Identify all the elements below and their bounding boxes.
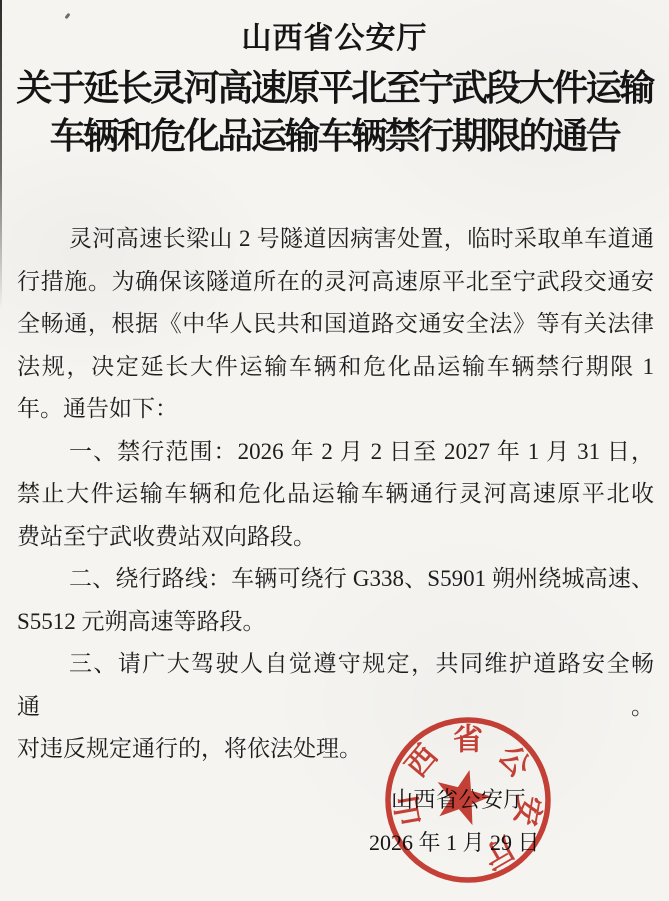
body-line: 全畅通，根据《中华人民共和国道路交通安全法》等有关法律 [17, 303, 654, 346]
agency-name: 山西省公安厅 [0, 22, 669, 56]
body-line: 年。通告如下： [17, 388, 654, 431]
body-line: 禁止大件运输车辆和危化品运输车辆通行灵河高速原平北收 [17, 473, 654, 516]
notice-body: 灵河高速长梁山 2 号隧道因病害处置，临时采取单车道通 行措施。为确保该隧道所在… [17, 218, 654, 771]
notice-title-line-1: 关于延长灵河高速原平北至宁武段大件运输 [0, 64, 669, 112]
seal-character: 山 [390, 793, 428, 828]
seal-star-icon [429, 763, 496, 828]
seal-character: 省 [453, 724, 483, 757]
body-line: 行措施。为确保该隧道所在的灵河高速原平北至宁武段交通安 [17, 261, 654, 304]
body-line-section-1: 一、禁行范围：2026 年 2 月 2 日至 2027 年 1 月 31 日， [17, 431, 654, 474]
body-line: 法规，决定延长大件运输车辆和危化品运输车辆禁行期限 1 [17, 346, 654, 389]
body-line: S5512 元朔高速等路段。 [17, 601, 654, 644]
body-line-section-2: 二、绕行路线：车辆可绕行 G338、S5901 朔州绕城高速、 [17, 558, 654, 601]
seal-character: 安 [508, 793, 546, 828]
notice-title: 关于延长灵河高速原平北至宁武段大件运输 车辆和危化品运输车辆禁行期限的通告 [0, 64, 669, 160]
notice-title-line-2: 车辆和危化品运输车辆禁行期限的通告 [0, 112, 669, 160]
official-notice-document: 山西省公安厅 关于延长灵河高速原平北至宁武段大件运输 车辆和危化品运输车辆禁行期… [0, 0, 669, 901]
body-line: 费站至宁武收费站双向路段。 [17, 516, 654, 559]
official-seal: 山 西 省 公 安 厅 [377, 709, 559, 891]
scan-speck [64, 13, 70, 20]
body-line: 灵河高速长梁山 2 号隧道因病害处置，临时采取单车道通 [17, 218, 654, 261]
